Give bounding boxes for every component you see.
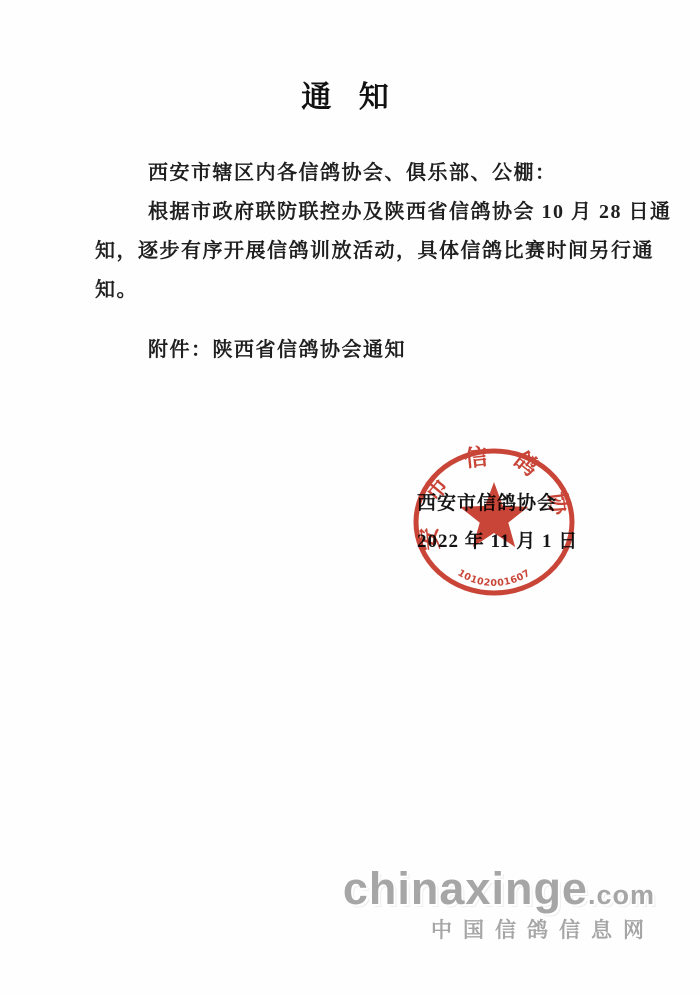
document-title: 通 知 [0, 72, 700, 116]
official-seal-stamp: 西安市信鸽协会 6101020016072 [406, 444, 582, 600]
attachment-line: 附件：陕西省信鸽协会通知 [148, 333, 406, 362]
stamp-star-icon [460, 482, 528, 547]
watermark-brand-line: chinaxinge.com [343, 866, 655, 911]
salutation-line: 西安市辖区内各信鸽协会、俱乐部、公棚： [148, 156, 557, 185]
site-watermark: chinaxinge.com 中国信鸽信息网 [343, 866, 655, 944]
body-line-2: 知，逐步有序开展信鸽训放活动，具体信鸽比赛时间另行通 [95, 234, 654, 263]
watermark-site-name: 中国信鸽信息网 [343, 914, 655, 944]
watermark-brand-suffix: .com [588, 880, 655, 910]
watermark-brand-name: chinaxinge [343, 863, 588, 914]
body-line-1: 根据市政府联防联控办及陕西省信鸽协会 10 月 28 日通 [148, 195, 672, 224]
notice-document-page: 通 知 西安市辖区内各信鸽协会、俱乐部、公棚： 根据市政府联防联控办及陕西省信鸽… [0, 0, 700, 994]
body-line-3: 知。 [95, 273, 138, 302]
